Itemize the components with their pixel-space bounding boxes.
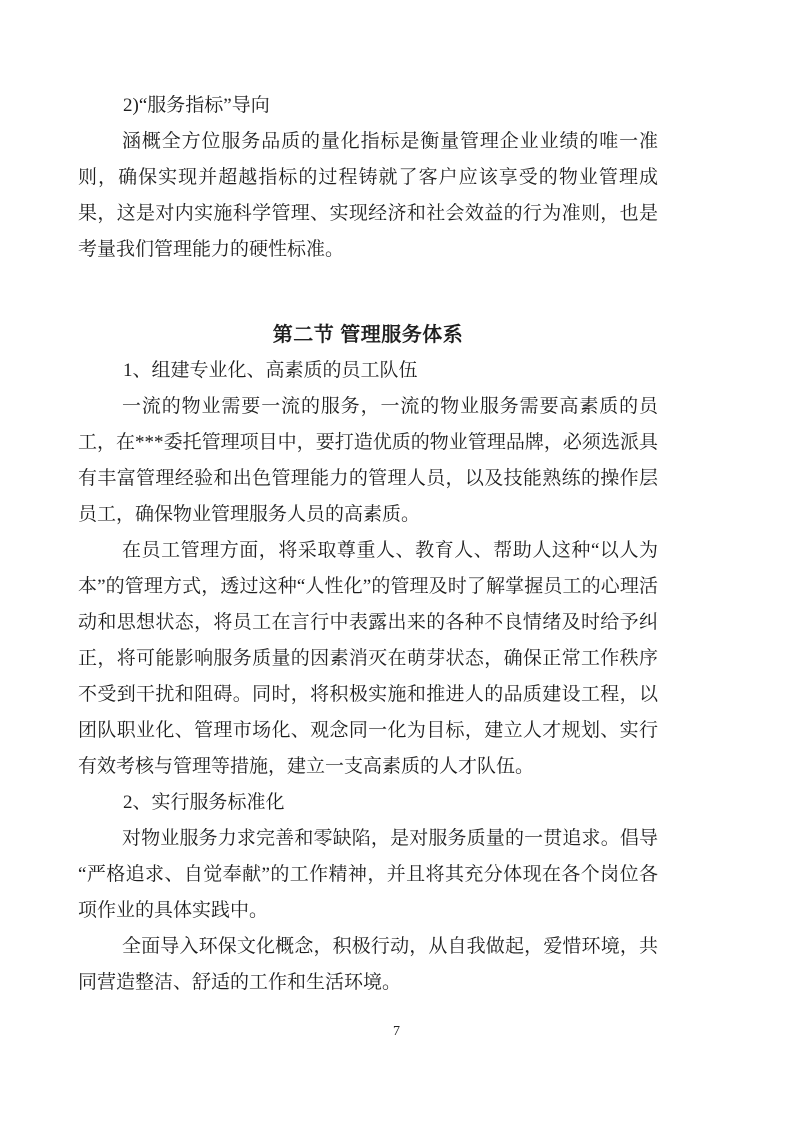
paragraph-staff-team-body: 一流的物业需要一流的服务，一流的物业服务需要高素质的员工，在***委托管理项目中…	[78, 389, 658, 533]
paragraph-service-indicator-body: 涵概全方位服务品质的量化指标是衡量管理企业业绩的唯一准则，确保实现并超越指标的过…	[78, 124, 658, 268]
numbered-heading-staff-team: 1、组建专业化、高素质的员工队伍	[78, 353, 658, 389]
numbered-heading-service-indicator: 2)“服务指标”导向	[78, 88, 658, 124]
paragraph-staff-management-body: 在员工管理方面，将采取尊重人、教育人、帮助人这种“以人为本”的管理方式，透过这种…	[78, 533, 658, 785]
document-page: 2)“服务指标”导向 涵概全方位服务品质的量化指标是衡量管理企业业绩的唯一准则，…	[0, 0, 793, 1122]
numbered-heading-service-standardization: 2、实行服务标准化	[78, 785, 658, 821]
page-number: 7	[0, 1022, 793, 1042]
section-title: 第二节 管理服务体系	[78, 317, 658, 353]
paragraph-service-standardization-body: 对物业服务力求完善和零缺陷，是对服务质量的一贯追求。倡导“严格追求、自觉奉献”的…	[78, 821, 658, 929]
paragraph-environment-culture-body: 全面导入环保文化概念，积极行动，从自我做起，爱惜环境，共同营造整洁、舒适的工作和…	[78, 929, 658, 1001]
document-body: 2)“服务指标”导向 涵概全方位服务品质的量化指标是衡量管理企业业绩的唯一准则，…	[78, 88, 658, 1001]
